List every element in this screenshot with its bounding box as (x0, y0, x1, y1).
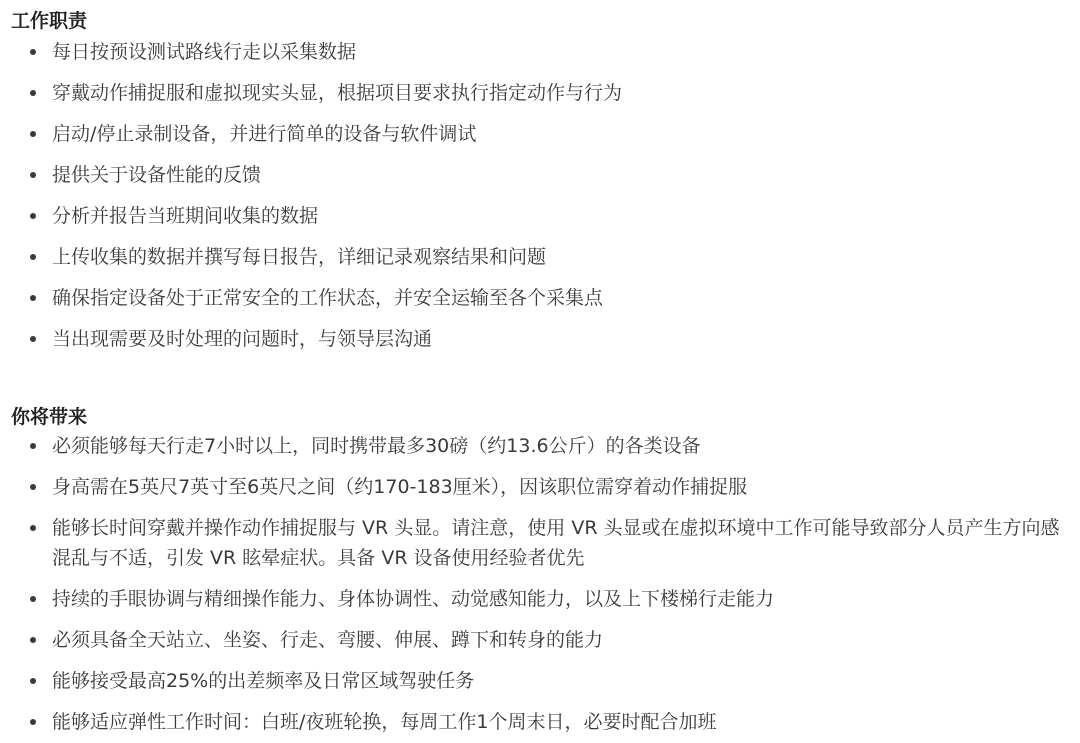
list-item: 分析并报告当班期间收集的数据 (0, 201, 1080, 231)
list-item: 必须能够每天行走7小时以上，同时携带最多30磅（约13.6公斤）的各类设备 (0, 431, 1080, 461)
section-title-responsibilities: 工作职责 (11, 9, 87, 33)
list-item: 能够长时间穿戴并操作动作捕捉服与 VR 头显。请注意，使用 VR 头显或在虚拟环… (0, 513, 1080, 573)
bullet-icon (30, 131, 36, 137)
responsibilities-list: 每日按预设测试路线行走以采集数据 穿戴动作捕捉服和虚拟现实头显，根据项目要求执行… (0, 37, 1080, 365)
list-item: 能够接受最高25%的出差频率及日常区域驾驶任务 (0, 666, 1080, 696)
list-item: 持续的手眼协调与精细操作能力、身体协调性、动觉感知能力，以及上下楼梯行走能力 (0, 584, 1080, 614)
bullet-icon (30, 719, 36, 725)
bullet-icon (30, 637, 36, 643)
list-item: 确保指定设备处于正常安全的工作状态，并安全运输至各个采集点 (0, 283, 1080, 313)
requirements-list: 必须能够每天行走7小时以上，同时携带最多30磅（约13.6公斤）的各类设备 身高… (0, 431, 1080, 743)
list-item: 每日按预设测试路线行走以采集数据 (0, 37, 1080, 67)
bullet-icon (30, 213, 36, 219)
bullet-icon (30, 525, 36, 531)
bullet-icon (30, 336, 36, 342)
bullet-icon (30, 90, 36, 96)
bullet-icon (30, 295, 36, 301)
bullet-icon (30, 596, 36, 602)
bullet-icon (30, 443, 36, 449)
bullet-icon (30, 49, 36, 55)
list-item: 穿戴动作捕捉服和虚拟现实头显，根据项目要求执行指定动作与行为 (0, 78, 1080, 108)
list-item: 必须具备全天站立、坐姿、行走、弯腰、伸展、蹲下和转身的能力 (0, 625, 1080, 655)
section-title-requirements: 你将带来 (11, 405, 87, 429)
list-item: 上传收集的数据并撰写每日报告，详细记录观察结果和问题 (0, 242, 1080, 272)
list-item: 启动/停止录制设备，并进行简单的设备与软件调试 (0, 119, 1080, 149)
list-item: 提供关于设备性能的反馈 (0, 160, 1080, 190)
list-item: 当出现需要及时处理的问题时，与领导层沟通 (0, 324, 1080, 354)
bullet-icon (30, 254, 36, 260)
bullet-icon (30, 484, 36, 490)
bullet-icon (30, 172, 36, 178)
bullet-icon (30, 678, 36, 684)
list-item: 能够适应弹性工作时间：白班/夜班轮换，每周工作1个周末日，必要时配合加班 (0, 707, 1080, 737)
list-item: 身高需在5英尺7英寸至6英尺之间（约170-183厘米），因该职位需穿着动作捕捉… (0, 472, 1080, 502)
